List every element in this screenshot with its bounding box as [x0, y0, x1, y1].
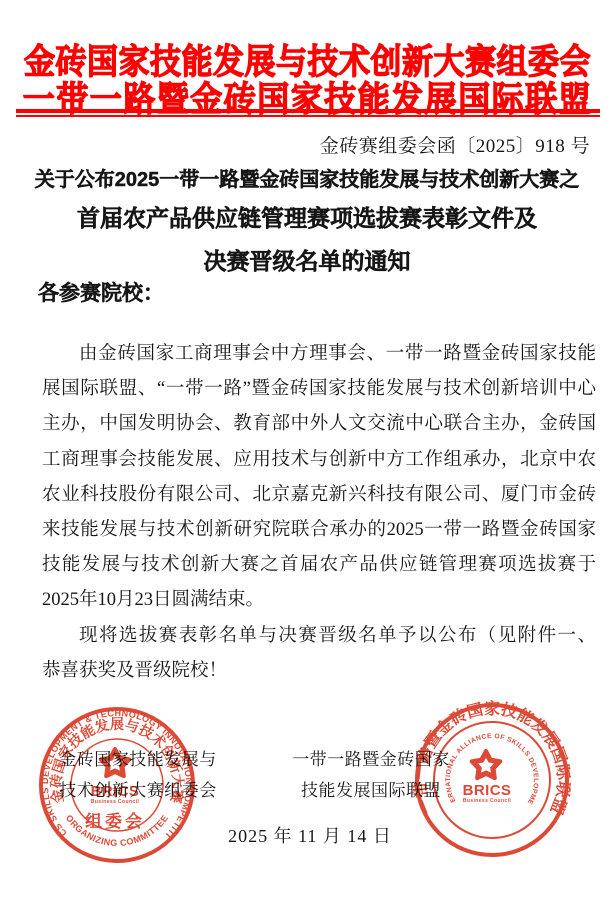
body-line: 恭喜获奖及晋级院校！ — [42, 654, 596, 689]
seal-right-brics-label: BRICS — [463, 782, 512, 799]
body-line: 工商理事会技能发展、应用技术与创新中方工作组承办，北京中农服 — [42, 443, 596, 478]
seal-right-star-icon — [472, 751, 501, 778]
seal-left-bottom-cn: 组委会 — [85, 811, 145, 831]
document-ref-number: 金砖赛组委会函〔2025〕918 号 — [320, 131, 590, 158]
body-line: 技能发展与技术创新大赛之首届农产品供应链管理赛项选拔赛于 — [42, 548, 596, 583]
body-line: 主办，中国发明协会、教育部中外人文交流中心联合主办，金砖国家 — [42, 407, 596, 442]
body-line: 现将选拔赛表彰名单与决赛晋级名单予以公布（见附件一、二）， — [42, 619, 596, 654]
body-line: 来技能发展与技术创新研究院联合承办的2025一带一路暨金砖国家 — [42, 513, 596, 548]
letterhead-divider-thick — [16, 109, 600, 113]
salutation: 各参赛院校： — [38, 277, 164, 307]
document-title-line1: 关于公布2025一带一路暨金砖国家技能发展与技术创新大赛之 — [30, 163, 584, 192]
body-line: 2025年10月23日圆满结束。 — [42, 583, 596, 618]
seal-right-council-label: Business Council — [463, 798, 512, 804]
document-title-line3: 决赛晋级名单的通知 — [30, 243, 584, 276]
seal-left-star-icon — [101, 749, 130, 776]
official-seal-right-icon: 一带一路暨金砖国家技能发展国际联盟 INTERNATIONAL ALLIANCE… — [412, 700, 572, 860]
seal-left-council-label: Business Council — [91, 799, 140, 805]
body-text: 由金砖国家工商理事会中方理事会、一带一路暨金砖国家技能发 展国际联盟、“一带一路… — [42, 337, 596, 689]
body-line: 由金砖国家工商理事会中方理事会、一带一路暨金砖国家技能发 — [42, 337, 596, 372]
letterhead-divider-thin — [16, 115, 600, 117]
body-line: 展国际联盟、“一带一路”暨金砖国家技能发展与技术创新培训中心 — [42, 372, 596, 407]
body-line: 农业科技股份有限公司、北京嘉克新兴科技有限公司、厦门市金砖未 — [42, 478, 596, 513]
official-seal-left-icon: BRICS SKILLS DEVELOPMENT & TECHNOLOGY IN… — [32, 700, 202, 870]
official-notice-document: 金砖国家技能发展与技术创新大赛组委会 一带一路暨金砖国家技能发展国际联盟 金砖赛… — [0, 0, 615, 918]
seal-left-brics-label: BRICS — [91, 783, 140, 800]
document-title-line2: 首届农产品供应链管理赛项选拔赛表彰文件及 — [30, 200, 584, 233]
